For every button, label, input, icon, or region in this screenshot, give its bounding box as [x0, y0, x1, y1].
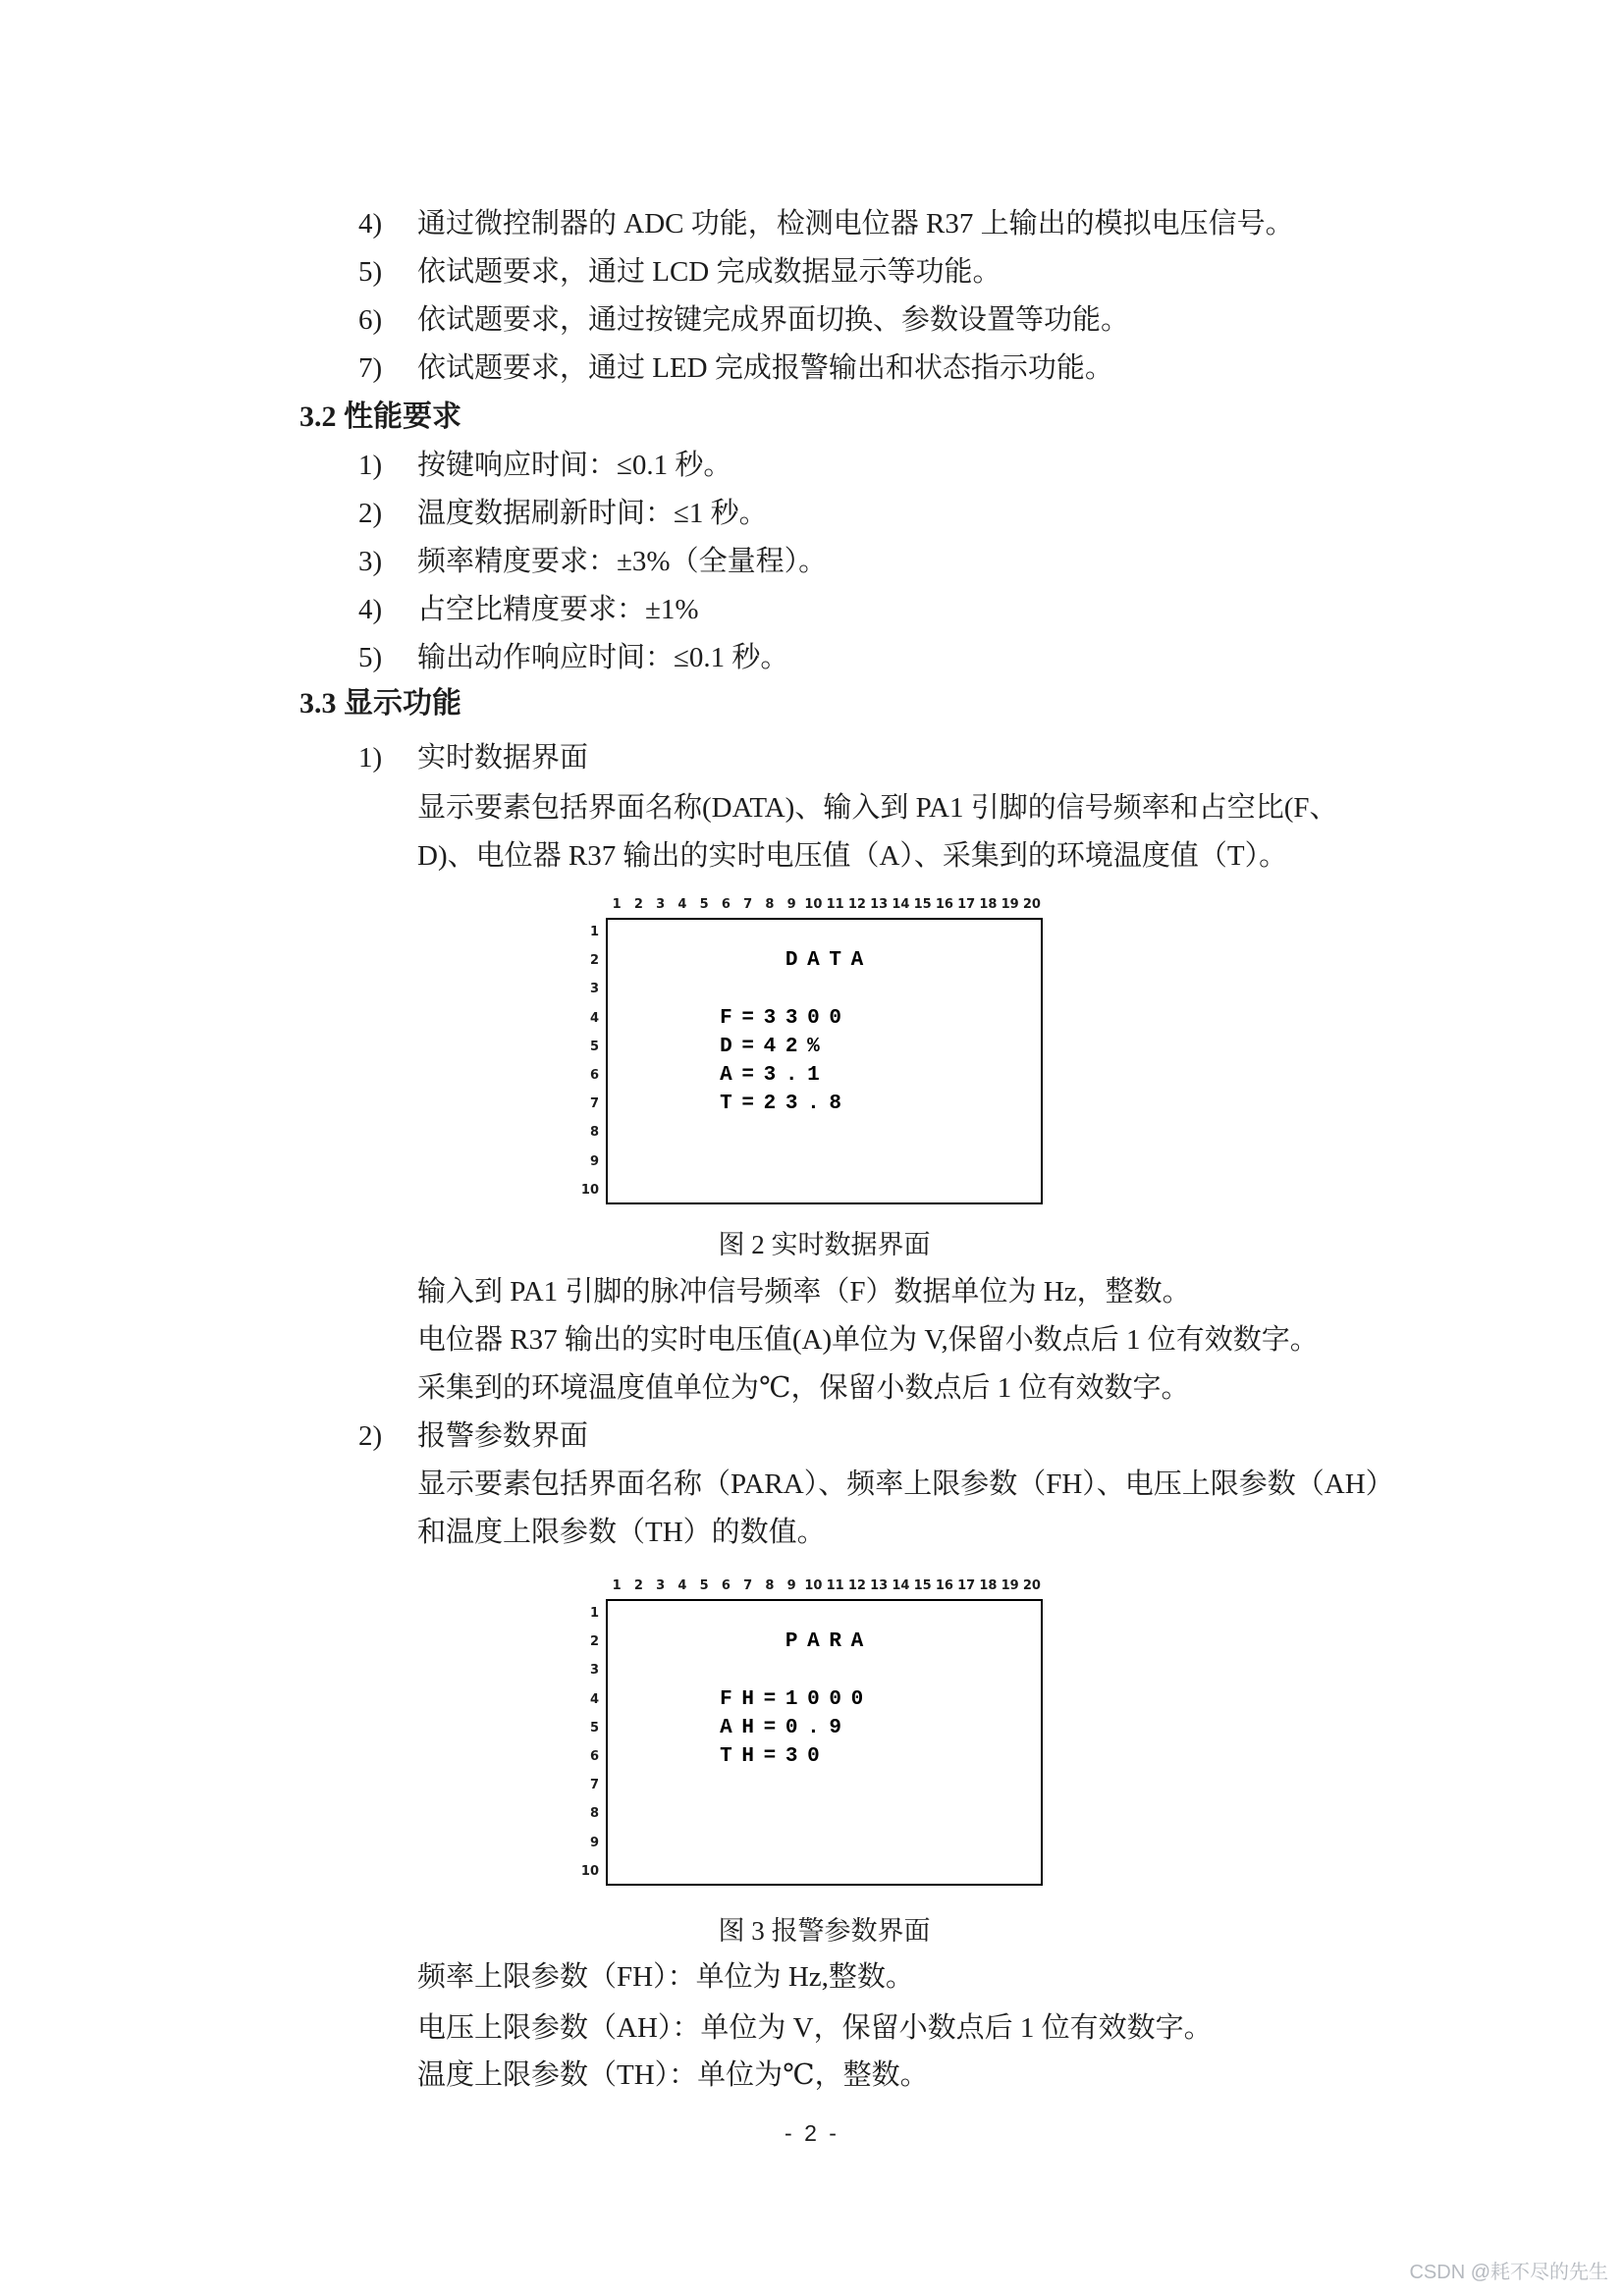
column-number: 15	[912, 894, 934, 916]
lcd-char: .	[802, 1090, 824, 1118]
list-item-number: 5)	[358, 634, 382, 681]
paragraph-line: 和温度上限参数（TH）的数值。	[0, 1509, 1624, 1556]
column-number: 10	[802, 1575, 824, 1597]
lcd-char: A	[715, 1061, 736, 1090]
lcd-char: =	[759, 1685, 781, 1714]
lcd-char: D	[715, 1033, 736, 1061]
lcd-char: =	[737, 1090, 759, 1118]
lcd-text-line: TH=30	[715, 1742, 824, 1771]
lcd-display-box: PARAFH=1000AH=0.9TH=30	[606, 1599, 1043, 1886]
column-number: 1	[606, 1575, 627, 1597]
lcd-char: 3	[781, 1090, 802, 1118]
lcd-char: 9	[825, 1714, 846, 1742]
column-number: 19	[1000, 894, 1021, 916]
line-text: 显示要素包括界面名称（PARA）、频率上限参数（FH）、电压上限参数（AH）	[417, 1461, 1394, 1508]
line-text: 和温度上限参数（TH）的数值。	[417, 1509, 826, 1556]
column-number: 11	[825, 894, 846, 916]
column-number: 4	[672, 1575, 693, 1597]
list-item-number: 3)	[358, 538, 382, 585]
column-number: 17	[955, 894, 977, 916]
line-text: 显示要素包括界面名称(DATA)、输入到 PA1 引脚的信号频率和占空比(F、	[417, 784, 1338, 831]
lcd-char: =	[759, 1742, 781, 1771]
section-heading: 3.2 性能要求	[0, 394, 1624, 441]
lcd-char: R	[825, 1628, 846, 1656]
column-number: 18	[977, 1575, 999, 1597]
line-text: 实时数据界面	[417, 734, 588, 781]
line-text: 采集到的环境温度值单位为℃，保留小数点后 1 位有效数字。	[417, 1364, 1189, 1412]
line-text: 电压上限参数（AH）：单位为 V，保留小数点后 1 位有效数字。	[417, 2004, 1213, 2052]
lcd-char: D	[781, 946, 802, 975]
row-number: 4	[562, 1004, 599, 1033]
lcd-char: 1	[802, 1061, 824, 1090]
line-text: 占空比精度要求：±1%	[417, 586, 699, 633]
lcd-char: 8	[825, 1090, 846, 1118]
list-item-line: 3)频率精度要求：±3%（全量程）。	[0, 538, 1624, 585]
line-text: 依试题要求，通过按键完成界面切换、参数设置等功能。	[417, 296, 1129, 344]
row-numbers: 12345678910	[562, 1599, 599, 1886]
list-item-number: 6)	[358, 296, 382, 344]
lcd-text-line: F=3300	[715, 1004, 846, 1033]
column-number: 1	[606, 894, 627, 916]
column-number: 10	[802, 894, 824, 916]
row-number: 1	[562, 918, 599, 946]
lcd-char: H	[737, 1714, 759, 1742]
lcd-char: 3	[759, 1061, 781, 1090]
lcd-char: =	[737, 1004, 759, 1033]
lcd-char: F	[715, 1004, 736, 1033]
column-number: 17	[955, 1575, 977, 1597]
list-item-line: 5)输出动作响应时间：≤0.1 秒。	[0, 634, 1624, 681]
paragraph-line: 电位器 R37 输出的实时电压值(A)单位为 V,保留小数点后 1 位有效数字。	[0, 1316, 1624, 1363]
lcd-text-line: T=23.8	[715, 1090, 846, 1118]
column-number: 12	[846, 1575, 868, 1597]
row-number: 3	[562, 975, 599, 1003]
row-number: 5	[562, 1033, 599, 1061]
column-number: 8	[759, 894, 781, 916]
column-number: 4	[672, 894, 693, 916]
lcd-char: =	[759, 1714, 781, 1742]
lcd-char: .	[802, 1714, 824, 1742]
column-number: 2	[627, 1575, 649, 1597]
list-item-line: 4)通过微控制器的 ADC 功能，检测电位器 R37 上输出的模拟电压信号。	[0, 200, 1624, 247]
row-number: 7	[562, 1771, 599, 1799]
lcd-char: 3	[759, 1004, 781, 1033]
column-number: 14	[890, 894, 911, 916]
lcd-char: 0	[825, 1685, 846, 1714]
column-number: 19	[1000, 1575, 1021, 1597]
lcd-char: T	[715, 1742, 736, 1771]
paragraph-line: 温度上限参数（TH）：单位为℃，整数。	[0, 2052, 1624, 2099]
column-number: 6	[715, 1575, 736, 1597]
list-item-number: 2)	[358, 490, 382, 537]
lcd-char: 2	[759, 1090, 781, 1118]
paragraph-line: 显示要素包括界面名称（PARA）、频率上限参数（FH）、电压上限参数（AH）	[0, 1461, 1624, 1508]
document-page: { "page": { "width": 1654, "height": 233…	[0, 0, 1624, 2296]
paragraph-line: 频率上限参数（FH）：单位为 Hz,整数。	[0, 1953, 1624, 2001]
column-number: 5	[693, 894, 715, 916]
paragraph-line: 显示要素包括界面名称(DATA)、输入到 PA1 引脚的信号频率和占空比(F、	[0, 784, 1624, 831]
column-number: 15	[912, 1575, 934, 1597]
row-number: 6	[562, 1061, 599, 1090]
line-text: 输入到 PA1 引脚的脉冲信号频率（F）数据单位为 Hz，整数。	[417, 1268, 1191, 1315]
list-item-line: 7)依试题要求，通过 LED 完成报警输出和状态指示功能。	[0, 345, 1624, 392]
lcd-char: A	[715, 1714, 736, 1742]
lcd-text-line: D=42%	[715, 1033, 824, 1061]
column-number: 16	[934, 1575, 955, 1597]
column-number: 5	[693, 1575, 715, 1597]
figure-caption: 图 3 报警参数界面	[606, 1907, 1043, 1954]
lcd-char: 2	[781, 1033, 802, 1061]
row-number: 1	[562, 1599, 599, 1628]
lcd-char: A	[846, 1628, 868, 1656]
row-number: 9	[562, 1148, 599, 1176]
line-text: 依试题要求，通过 LED 完成报警输出和状态指示功能。	[417, 345, 1113, 392]
line-text: 频率上限参数（FH）：单位为 Hz,整数。	[417, 1953, 914, 2001]
column-number: 3	[650, 1575, 672, 1597]
lcd-text-line: FH=1000	[715, 1685, 868, 1714]
column-number: 6	[715, 894, 736, 916]
lcd-char: P	[781, 1628, 802, 1656]
row-number: 8	[562, 1118, 599, 1147]
column-number: 9	[781, 894, 802, 916]
lcd-char: %	[802, 1033, 824, 1061]
lcd-char: H	[737, 1742, 759, 1771]
list-item-number: 5)	[358, 248, 382, 295]
list-item-number: 4)	[358, 200, 382, 247]
lcd-char: A	[802, 1628, 824, 1656]
line-text: 温度上限参数（TH）：单位为℃，整数。	[417, 2052, 929, 2099]
paragraph-line: D)、电位器 R37 输出的实时电压值（A）、采集到的环境温度值（T）。	[0, 832, 1624, 880]
list-item-number: 4)	[358, 586, 382, 633]
paragraph-line: 采集到的环境温度值单位为℃，保留小数点后 1 位有效数字。	[0, 1364, 1624, 1412]
lcd-char: 0	[802, 1004, 824, 1033]
lcd-char: 1	[781, 1685, 802, 1714]
column-number: 11	[825, 1575, 846, 1597]
list-item-line: 2)报警参数界面	[0, 1413, 1624, 1460]
lcd-text-line: AH=0.9	[715, 1714, 846, 1742]
row-number: 10	[562, 1857, 599, 1886]
column-number: 3	[650, 894, 672, 916]
column-number: 20	[1021, 1575, 1043, 1597]
lcd-text-line: A=3.1	[715, 1061, 824, 1090]
lcd-char: T	[715, 1090, 736, 1118]
lcd-char: 0	[846, 1685, 868, 1714]
lcd-char: F	[715, 1685, 736, 1714]
line-text: 按键响应时间：≤0.1 秒。	[417, 442, 731, 489]
lcd-char: .	[781, 1061, 802, 1090]
row-number: 10	[562, 1176, 599, 1204]
line-text: 输出动作响应时间：≤0.1 秒。	[417, 634, 788, 681]
row-number: 8	[562, 1799, 599, 1828]
line-text: 电位器 R37 输出的实时电压值(A)单位为 V,保留小数点后 1 位有效数字。	[417, 1316, 1319, 1363]
row-number: 3	[562, 1656, 599, 1684]
column-number: 16	[934, 894, 955, 916]
lcd-char: 0	[802, 1685, 824, 1714]
paragraph-line: 输入到 PA1 引脚的脉冲信号频率（F）数据单位为 Hz，整数。	[0, 1268, 1624, 1315]
row-numbers: 12345678910	[562, 918, 599, 1204]
column-number: 7	[737, 894, 759, 916]
line-text: 报警参数界面	[417, 1413, 588, 1460]
column-number: 20	[1021, 894, 1043, 916]
row-number: 5	[562, 1714, 599, 1742]
row-number: 2	[562, 1628, 599, 1656]
lcd-char: A	[802, 946, 824, 975]
row-number: 7	[562, 1090, 599, 1118]
lcd-char: 4	[759, 1033, 781, 1061]
lcd-text-line: DATA	[781, 946, 868, 975]
lcd-char: 0	[802, 1742, 824, 1771]
watermark: CSDN @耗不尽的先生	[1409, 2258, 1608, 2287]
lcd-text-line: PARA	[781, 1628, 868, 1656]
column-number: 14	[890, 1575, 911, 1597]
lcd-char: A	[846, 946, 868, 975]
column-number: 12	[846, 894, 868, 916]
column-number: 18	[977, 894, 999, 916]
column-numbers: 1234567891011121314151617181920	[606, 894, 1043, 916]
list-item-number: 7)	[358, 345, 382, 392]
column-number: 2	[627, 894, 649, 916]
list-item-number: 2)	[358, 1413, 382, 1460]
line-text: 3.3 显示功能	[299, 680, 461, 727]
line-text: D)、电位器 R37 输出的实时电压值（A）、采集到的环境温度值（T）。	[417, 832, 1287, 880]
line-text: 通过微控制器的 ADC 功能，检测电位器 R37 上输出的模拟电压信号。	[417, 200, 1294, 247]
line-text: 依试题要求，通过 LCD 完成数据显示等功能。	[417, 248, 1001, 295]
line-text: 3.2 性能要求	[299, 394, 461, 441]
lcd-char: 0	[825, 1004, 846, 1033]
list-item-line: 2)温度数据刷新时间：≤1 秒。	[0, 490, 1624, 537]
lcd-char: 3	[781, 1742, 802, 1771]
lcd-char: =	[737, 1061, 759, 1090]
figure-caption: 图 2 实时数据界面	[606, 1221, 1043, 1268]
lcd-char: 3	[781, 1004, 802, 1033]
list-item-line: 1)实时数据界面	[0, 734, 1624, 781]
row-number: 4	[562, 1685, 599, 1714]
page-number: - 2 -	[0, 2110, 1624, 2156]
line-text: 频率精度要求：±3%（全量程）。	[417, 538, 827, 585]
column-number: 9	[781, 1575, 802, 1597]
lcd-char: =	[737, 1033, 759, 1061]
list-item-line: 6)依试题要求，通过按键完成界面切换、参数设置等功能。	[0, 296, 1624, 344]
paragraph-line: 电压上限参数（AH）：单位为 V，保留小数点后 1 位有效数字。	[0, 2004, 1624, 2052]
section-heading: 3.3 显示功能	[0, 680, 1624, 727]
row-number: 6	[562, 1742, 599, 1771]
column-number: 7	[737, 1575, 759, 1597]
list-item-line: 1)按键响应时间：≤0.1 秒。	[0, 442, 1624, 489]
row-number: 9	[562, 1829, 599, 1857]
column-number: 8	[759, 1575, 781, 1597]
column-numbers: 1234567891011121314151617181920	[606, 1575, 1043, 1597]
list-item-number: 1)	[358, 734, 382, 781]
column-number: 13	[868, 894, 890, 916]
lcd-display-box: DATAF=3300D=42%A=3.1T=23.8	[606, 918, 1043, 1204]
line-text: 温度数据刷新时间：≤1 秒。	[417, 490, 768, 537]
lcd-char: H	[737, 1685, 759, 1714]
row-number: 2	[562, 946, 599, 975]
list-item-line: 4)占空比精度要求：±1%	[0, 586, 1624, 633]
lcd-char: 0	[781, 1714, 802, 1742]
lcd-char: T	[825, 946, 846, 975]
list-item-number: 1)	[358, 442, 382, 489]
list-item-line: 5)依试题要求，通过 LCD 完成数据显示等功能。	[0, 248, 1624, 295]
column-number: 13	[868, 1575, 890, 1597]
